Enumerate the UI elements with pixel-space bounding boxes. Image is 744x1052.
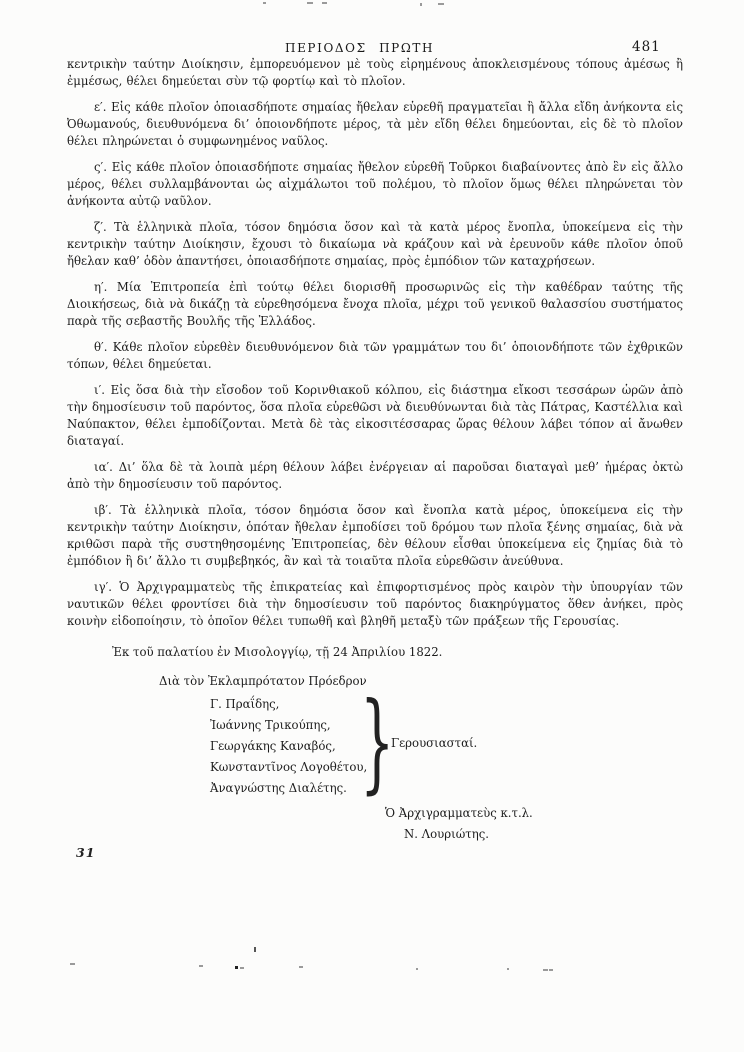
scan-speck xyxy=(299,966,303,968)
document-page: ΠΕΡΙΟΔΟΣ ΠΡΩΤΗ 481 κεντρικὴν ταύτην Διοί… xyxy=(0,0,744,1052)
scan-speck xyxy=(307,2,313,4)
secretary-title: Ὁ Ἀρχιγραμματεὺς κ.τ.λ. xyxy=(385,806,533,820)
body-paragraph-7: ζ′. Τὰ ἑλληνικὰ πλοῖα, τόσον δημόσια ὅσο… xyxy=(67,219,683,270)
body-paragraph-13: ιγ′. Ὁ Ἀρχιγραμματεὺς τῆς ἐπικρατείας κα… xyxy=(67,579,683,630)
scan-speck xyxy=(70,963,75,965)
signatory-name: Κωνσταντῖνος Λογοθέτου, xyxy=(210,757,367,778)
scan-speck xyxy=(263,2,266,4)
signatories-role: Γερουσιασταί. xyxy=(391,736,477,750)
body-paragraph-6: ς′. Εἰς κάθε πλοῖον ὁποιασδήποτε σημαίας… xyxy=(67,159,683,210)
scan-speck xyxy=(543,969,548,971)
scan-speck xyxy=(240,967,244,969)
scan-speck xyxy=(199,965,203,967)
scan-speck xyxy=(420,3,422,6)
signatory-name: Γ. Πραΐδης, xyxy=(210,694,367,715)
body-paragraph-12: ιβ′. Τὰ ἑλληνικὰ πλοῖα, τόσον δημόσια ὅσ… xyxy=(67,502,683,570)
signatory-name: Ἀναγνώστης Διαλέτης. xyxy=(210,778,367,799)
signatory-name: Ἰωάννης Τρικούπης, xyxy=(210,715,367,736)
signatories-list: Γ. Πραΐδης, Ἰωάννης Τρικούπης, Γεωργάκης… xyxy=(210,694,367,799)
scan-speck xyxy=(549,969,553,971)
body-paragraph-10: ι′. Εἰς ὅσα διὰ τὴν εἴσοδον τοῦ Κορινθια… xyxy=(67,382,683,450)
scan-speck xyxy=(322,2,327,4)
body-paragraph-9: θ′. Κάθε πλοῖον εὑρεθὲν διευθυνόμενον δι… xyxy=(67,339,683,373)
signatory-name: Γεωργάκης Καναβός, xyxy=(210,736,367,757)
running-header-title: ΠΕΡΙΟΔΟΣ ΠΡΩΤΗ xyxy=(285,41,434,55)
scan-speck xyxy=(438,3,444,5)
body-paragraph-11: ια′. Δι’ ὅλα δὲ τὰ λοιπὰ μέρη θέλουν λάβ… xyxy=(67,459,683,493)
body-paragraph-5: ε′. Εἰς κάθε πλοῖον ὁποιασδήποτε σημαίας… xyxy=(67,99,683,150)
body-paragraph-continuation: κεντρικὴν ταύτην Διοίκησιν, ἐμπορευόμενο… xyxy=(67,56,683,90)
scan-speck xyxy=(254,947,256,952)
page-number: 481 xyxy=(632,39,661,55)
scan-speck xyxy=(416,968,418,970)
printer-signature-mark: 31 xyxy=(76,845,95,860)
body-paragraph-8: η′. Μία Ἐπιτροπεία ἐπὶ τούτῳ θέλει διορι… xyxy=(67,279,683,330)
grouping-brace-icon: } xyxy=(360,690,394,795)
for-president-line: Διὰ τὸν Ἐκλαμπρότατον Πρόεδρον xyxy=(159,674,367,688)
dateline: Ἐκ τοῦ παλατίου ἐν Μισολογγίῳ, τῇ 24 Ἀπρ… xyxy=(112,645,442,659)
scan-speck xyxy=(235,966,238,969)
secretary-name: Ν. Λουριώτης. xyxy=(404,827,489,841)
scan-speck xyxy=(507,968,509,970)
document-body: κεντρικὴν ταύτην Διοίκησιν, ἐμπορευόμενο… xyxy=(67,56,683,630)
